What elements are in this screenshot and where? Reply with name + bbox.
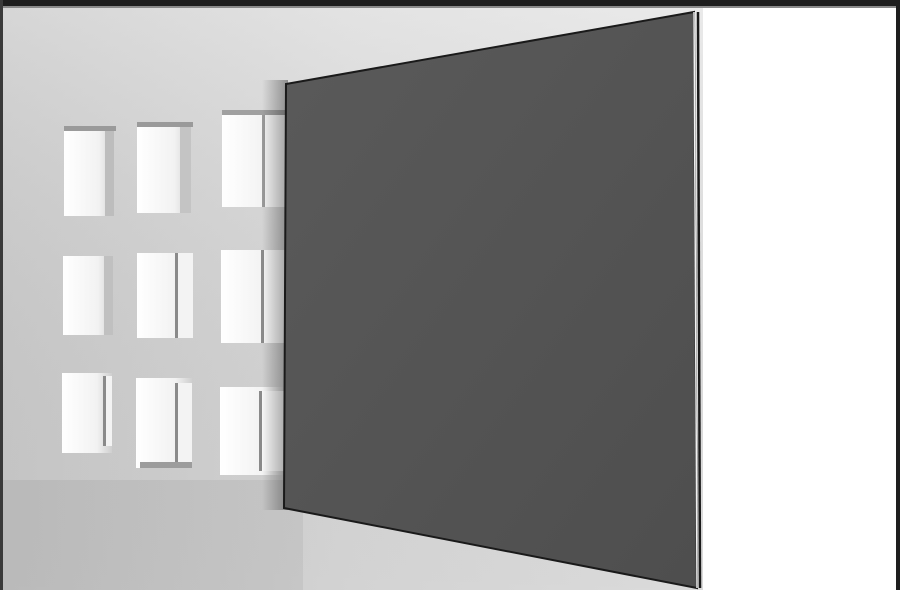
window [64,126,116,216]
window [137,253,193,338]
frame-left [0,0,3,590]
window [62,373,112,453]
window [137,122,193,213]
window [63,256,113,335]
window-grid [62,110,285,475]
frame-top [0,0,900,6]
frame-right [896,0,900,590]
dark-panel [284,12,697,588]
photograph [0,0,900,590]
window [136,378,192,468]
